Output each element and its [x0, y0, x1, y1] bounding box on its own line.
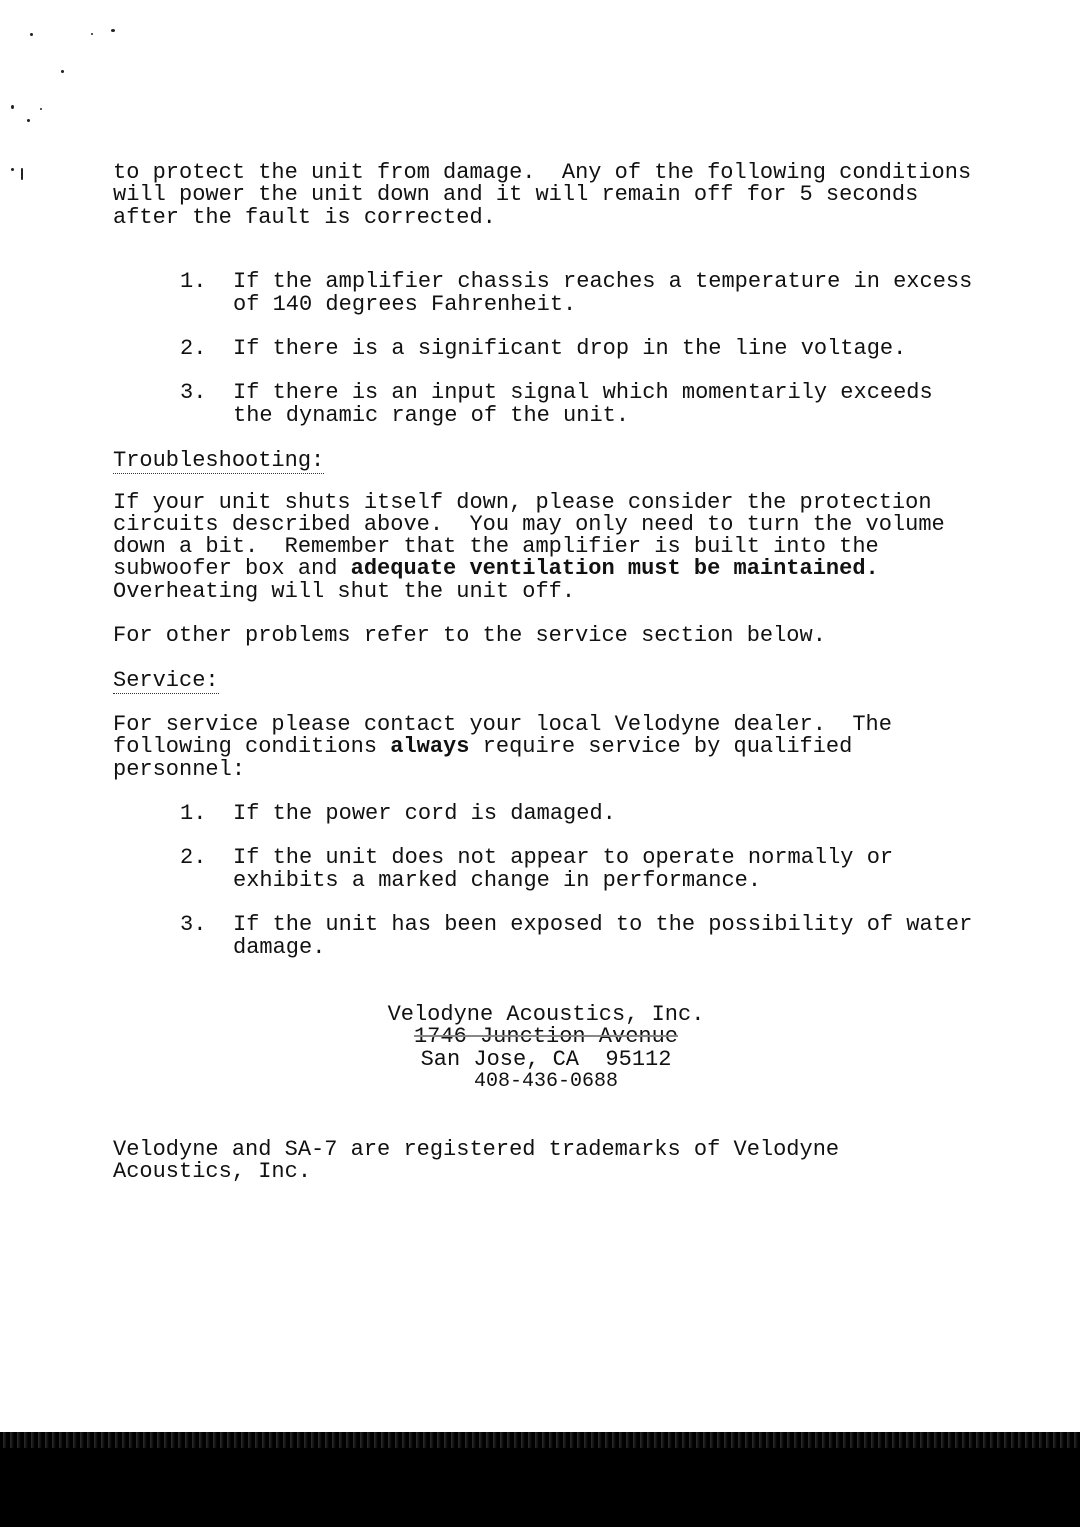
trademark-line: Acoustics, Inc. [113, 1161, 311, 1183]
phone-number: 408-436-0688 [0, 1071, 1080, 1093]
paragraph-line: following conditions always require serv… [113, 736, 852, 758]
list-number: 2. [180, 338, 206, 360]
section-heading-troubleshooting: Troubleshooting: [113, 450, 324, 474]
list-number: 1. [180, 803, 206, 825]
paragraph-line: For service please contact your local Ve… [113, 714, 892, 736]
paragraph-line: personnel: [113, 759, 245, 781]
ventilation-warning: adequate ventilation must be maintained. [351, 556, 879, 581]
list-text: exhibits a marked change in performance. [233, 870, 761, 892]
scan-speck [91, 33, 93, 35]
scan-speck [30, 33, 33, 36]
paragraph-line: If your unit shuts itself down, please c… [113, 492, 932, 514]
paragraph-line: Overheating will shut the unit off. [113, 581, 575, 603]
list-text: the dynamic range of the unit. [233, 405, 629, 427]
paragraph-text: subwoofer box and [113, 556, 351, 581]
intro-line: will power the unit down and it will rem… [113, 184, 918, 206]
list-text: If the power cord is damaged. [233, 803, 616, 825]
scan-speck [11, 105, 14, 109]
scan-speck [61, 70, 64, 73]
paragraph-text: following conditions [113, 734, 390, 759]
list-text: damage. [233, 937, 325, 959]
list-number: 3. [180, 382, 206, 404]
trademark-line: Velodyne and SA-7 are registered tradema… [113, 1139, 839, 1161]
paragraph-line: subwoofer box and adequate ventilation m… [113, 558, 879, 580]
list-text: If the amplifier chassis reaches a tempe… [233, 271, 972, 293]
list-text: If the unit does not appear to operate n… [233, 847, 893, 869]
scan-speck [111, 29, 115, 32]
paragraph-line: circuits described above. You may only n… [113, 514, 945, 536]
list-text: If the unit has been exposed to the poss… [233, 914, 972, 936]
scan-speck [27, 119, 30, 122]
list-number: 2. [180, 847, 206, 869]
paragraph-text: require service by qualified [469, 734, 852, 759]
intro-line: after the fault is corrected. [113, 207, 496, 229]
list-number: 3. [180, 914, 206, 936]
company-name: Velodyne Acoustics, Inc. [0, 1004, 1080, 1026]
paragraph-line: down a bit. Remember that the amplifier … [113, 536, 879, 558]
scan-speck [21, 168, 23, 180]
city-state-zip: San Jose, CA 95112 [0, 1049, 1080, 1071]
list-text: If there is an input signal which moment… [233, 382, 933, 404]
scan-speck [11, 168, 14, 171]
street-address: 1746 Junction Avenue [0, 1026, 1080, 1048]
list-text: If there is a significant drop in the li… [233, 338, 906, 360]
always-emphasis: always [390, 734, 469, 759]
list-text: of 140 degrees Fahrenheit. [233, 294, 576, 316]
scan-speck [40, 108, 42, 110]
list-number: 1. [180, 271, 206, 293]
intro-line: to protect the unit from damage. Any of … [113, 162, 971, 184]
section-heading-service: Service: [113, 670, 219, 694]
other-problems-text: For other problems refer to the service … [113, 625, 826, 647]
scan-bottom-noise [0, 1432, 1080, 1448]
